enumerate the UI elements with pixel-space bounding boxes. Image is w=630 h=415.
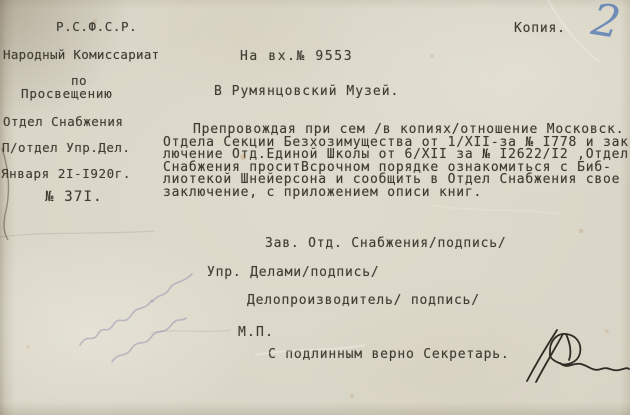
secretary-signature bbox=[527, 330, 629, 382]
foxing-spots bbox=[26, 19, 609, 398]
document-page: Р.С.Ф.С.Р. Народный Комиссариат по Просв… bbox=[0, 0, 630, 415]
seal-mark: М.П. bbox=[238, 325, 274, 340]
letterhead-subdept: П/отдел Упр.Дел. bbox=[2, 140, 130, 155]
copy-label: Копия. bbox=[514, 21, 566, 36]
letterhead-republic: Р.С.Ф.С.Р. bbox=[56, 19, 137, 34]
letterhead-doc-number: № 37I. bbox=[45, 189, 103, 205]
letterhead-dept: Отдел Снабжения bbox=[3, 114, 123, 129]
letterhead-date: Января 2I-I920г. bbox=[1, 166, 131, 181]
page-number-handwritten: 2 bbox=[588, 0, 624, 49]
signature-line-clerk: Делопроизводитель/ подпись/ bbox=[247, 293, 480, 308]
certification-line: С подлинным верно Секретарь. bbox=[268, 347, 510, 362]
body-line: заключение, с приложением описи книг. bbox=[163, 187, 630, 200]
body-paragraph: Препровождая при сем /в копиях/отношение… bbox=[163, 124, 630, 200]
pencil-annotation bbox=[80, 274, 192, 362]
signature-line-office-manager: Упр. Делами/подпись/ bbox=[207, 265, 380, 280]
letterhead-org-line1: Народный Комиссариат bbox=[3, 47, 160, 62]
addressee: В Румянцовский Музей. bbox=[214, 84, 399, 99]
letterhead-org-line3: Просвещению bbox=[21, 86, 113, 101]
incoming-number: На вх.№ 9553 bbox=[240, 49, 353, 64]
signature-line-head-supply: Зав. Отд. Снабжения/подпись/ bbox=[265, 236, 507, 251]
